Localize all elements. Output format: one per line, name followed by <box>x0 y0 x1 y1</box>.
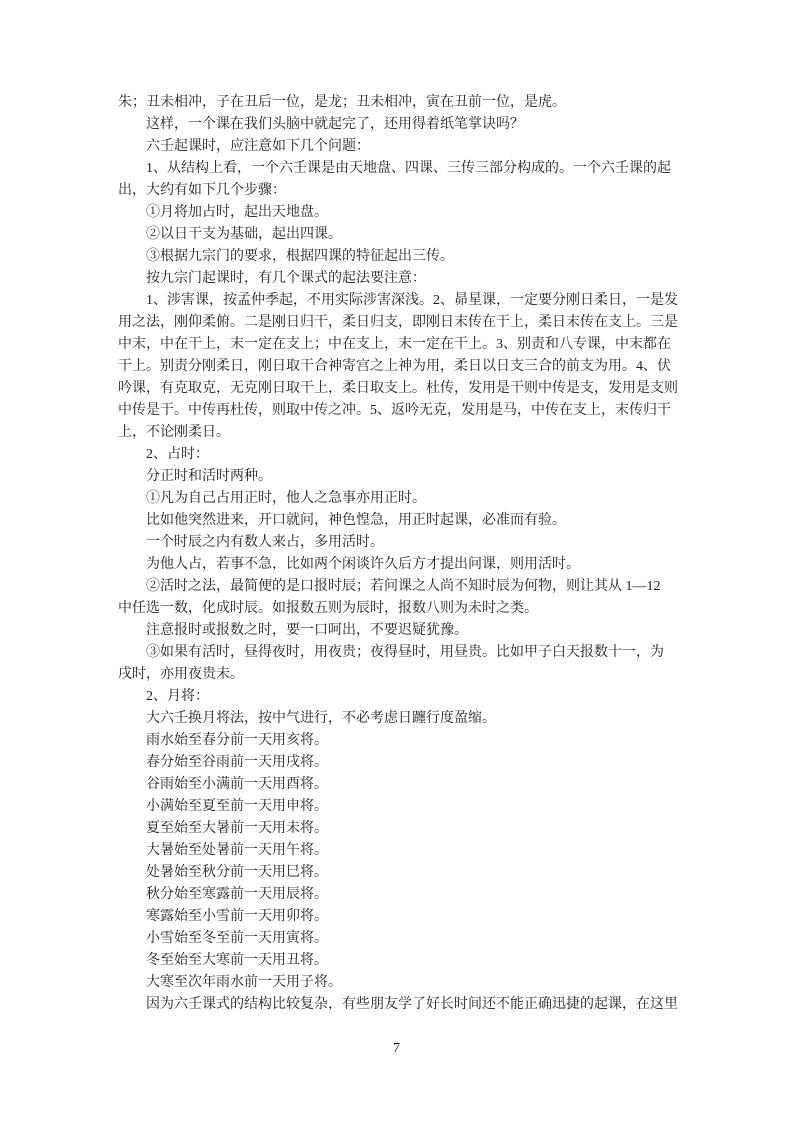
text-line: 小满始至夏至前一天用申将。 <box>118 796 680 818</box>
text-line: 为他人占，若事不急，比如两个闲谈许久后方才提出问课，则用活时。 <box>118 554 680 576</box>
text-line: 注意报时或报数之时，要一口呵出，不要迟疑犹豫。 <box>118 620 680 642</box>
text-line: 谷雨始至小满前一天用酉将。 <box>118 774 680 796</box>
text-line: 冬至始至大寒前一天用丑将。 <box>118 950 680 972</box>
document-text-block: 朱；丑未相冲，子在丑后一位，是龙；丑未相冲，寅在丑前一位，是虎。这样，一个课在我… <box>118 92 680 1016</box>
text-line: ②以日干支为基础，起出四课。 <box>118 224 680 246</box>
text-line: 按九宗门起课时，有几个课式的起法要注意： <box>118 268 680 290</box>
text-line: 大六壬换月将法，按中气进行，不必考虑日躔行度盈缩。 <box>118 708 680 730</box>
text-line: ②活时之法，最简便的是口报时辰；若问课之人尚不知时辰为何物，则让其从 1—12 <box>118 576 680 598</box>
text-line: 1、从结构上看，一个六壬课是由天地盘、四课、三传三部分构成的。一个六壬课的起 <box>118 158 680 180</box>
text-line: 2、占时： <box>118 444 680 466</box>
text-line: 夏至始至大暑前一天用未将。 <box>118 818 680 840</box>
text-line: 比如他突然进来，开口就问，神色惶急，用正时起课，必准而有验。 <box>118 510 680 532</box>
text-line: 因为六壬课式的结构比较复杂，有些朋友学了好长时间还不能正确迅捷的起课，在这里 <box>118 994 680 1016</box>
document-page: 朱；丑未相冲，子在丑后一位，是龙；丑未相冲，寅在丑前一位，是虎。这样，一个课在我… <box>0 0 793 1122</box>
text-line: ①月将加占时，起出天地盘。 <box>118 202 680 224</box>
text-line: 用之法，刚仰柔俯。二是刚日归干，柔日归支，即刚日末传在干上，柔日末传在支上。三是 <box>118 312 680 334</box>
text-line: 春分始至谷雨前一天用戌将。 <box>118 752 680 774</box>
text-line: 出，大约有如下几个步骤： <box>118 180 680 202</box>
text-line: ①凡为自己占用正时，他人之急事亦用正时。 <box>118 488 680 510</box>
text-line: 朱；丑未相冲，子在丑后一位，是龙；丑未相冲，寅在丑前一位，是虎。 <box>118 92 680 114</box>
text-line: 分正时和活时两种。 <box>118 466 680 488</box>
text-line: 小雪始至冬至前一天用寅将。 <box>118 928 680 950</box>
text-line: 中末，中在干上，末一定在支上；中在支上，末一定在干上。3、别责和八专课，中末都在 <box>118 334 680 356</box>
text-line: 一个时辰之内有数人来占，多用活时。 <box>118 532 680 554</box>
text-line: 1、涉害课，按孟仲季起，不用实际涉害深浅。2、昴星课，一定要分刚日柔日，一是发 <box>118 290 680 312</box>
text-line: 雨水始至春分前一天用亥将。 <box>118 730 680 752</box>
text-line: 大寒至次年雨水前一天用子将。 <box>118 972 680 994</box>
page-number: 7 <box>0 1040 793 1058</box>
text-line: 中传是干。中传再杜传，则取中传之冲。5、返吟无克，发用是马，中传在支上，末传归干 <box>118 400 680 422</box>
text-line: 秋分始至寒露前一天用辰将。 <box>118 884 680 906</box>
text-line: 上，不论刚柔日。 <box>118 422 680 444</box>
text-line: 六壬起课时，应注意如下几个问题： <box>118 136 680 158</box>
text-line: 吟课，有克取克，无克刚日取干上，柔日取支上。杜传，发用是干则中传是支，发用是支则 <box>118 378 680 400</box>
text-line: 处暑始至秋分前一天用巳将。 <box>118 862 680 884</box>
text-line: 干上。别责分刚柔日，刚日取干合神寄宫之上神为用，柔日以日支三合的前支为用。4、伏 <box>118 356 680 378</box>
text-line: 中任选一数，化成时辰。如报数五则为辰时，报数八则为未时之类。 <box>118 598 680 620</box>
text-line: 戌时，亦用夜贵未。 <box>118 664 680 686</box>
text-line: 寒露始至小雪前一天用卯将。 <box>118 906 680 928</box>
text-line: ③如果有活时，昼得夜时，用夜贵；夜得昼时，用昼贵。比如甲子白天报数十一，为 <box>118 642 680 664</box>
text-line: ③根据九宗门的要求，根据四课的特征起出三传。 <box>118 246 680 268</box>
text-line: 这样，一个课在我们头脑中就起完了，还用得着纸笔掌诀吗？ <box>118 114 680 136</box>
text-line: 大暑始至处暑前一天用午将。 <box>118 840 680 862</box>
text-line: 2、月将： <box>118 686 680 708</box>
